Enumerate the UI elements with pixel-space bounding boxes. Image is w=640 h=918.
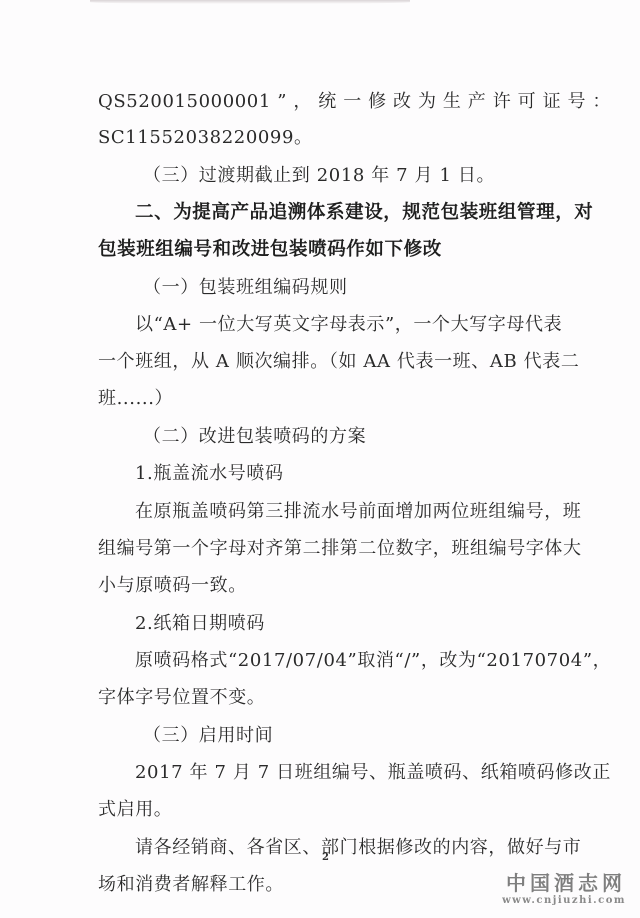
paragraph-line: 字体字号位置不变。 xyxy=(98,686,265,710)
item-carton-date: 2.纸箱日期喷码 xyxy=(135,612,265,636)
subheading-team-coding-rules: （一）包装班组编码规则 xyxy=(143,276,348,300)
paragraph-line: 组编号第一个字母对齐第二排第二位数字，班组编号字体大 xyxy=(98,537,582,561)
paragraph-line: 以“A+ 一位大写英文字母表示”，一个大写字母代表 xyxy=(135,313,562,337)
watermark: 中国酒志网 www.cnjiuzhi.com xyxy=(502,872,626,908)
watermark-title: 中国酒志网 xyxy=(502,872,626,894)
paragraph-line: 一个班组，从 A 顺次编排。（如 AA 代表一班、AB 代表二 xyxy=(98,350,579,374)
paragraph-line: 式启用。 xyxy=(98,798,172,822)
paragraph-line: 班......） xyxy=(98,387,173,411)
item-transition-period: （三）过渡期截止到 2018 年 7 月 1 日。 xyxy=(143,164,495,188)
paragraph-line: 场和消费者解释工作。 xyxy=(98,873,284,897)
paragraph-line: 2017 年 7 月 7 日班组编号、瓶盖喷码、纸箱喷码修改正 xyxy=(135,761,611,785)
paragraph-line-license-old: QS520015000001 ” ， 统 一 修 改 为 生 产 许 可 证 号… xyxy=(98,90,611,114)
section-heading-two-line1: 二、为提高产品追溯体系建设，规范包装班组管理，对 xyxy=(135,201,593,225)
subheading-start-time: （三）启用时间 xyxy=(143,724,273,748)
paragraph-line: 小与原喷码一致。 xyxy=(98,574,247,598)
paragraph-line-license-new: SC11552038220099。 xyxy=(98,126,313,150)
paragraph-line: 请各经销商、各省区、部门根据修改的内容，做好与市 xyxy=(135,836,581,860)
page-number: 2 xyxy=(322,852,329,863)
subheading-improve-printing: （二）改进包装喷码的方案 xyxy=(143,425,366,449)
paragraph-line: 原喷码格式“2017/07/04”取消“/”，改为“20170704”， xyxy=(135,649,611,673)
section-heading-two-line2: 包装班组编号和改进包装喷码作如下修改 xyxy=(98,238,442,262)
item-bottle-cap-serial: 1.瓶盖流水号喷码 xyxy=(135,462,284,486)
document-page: QS520015000001 ” ， 统 一 修 改 为 生 产 许 可 证 号… xyxy=(0,0,640,918)
paragraph-line: 在原瓶盖喷码第三排流水号前面增加两位班组编号，班 xyxy=(135,500,581,524)
watermark-url: www.cnjiuzhi.com xyxy=(502,894,626,908)
